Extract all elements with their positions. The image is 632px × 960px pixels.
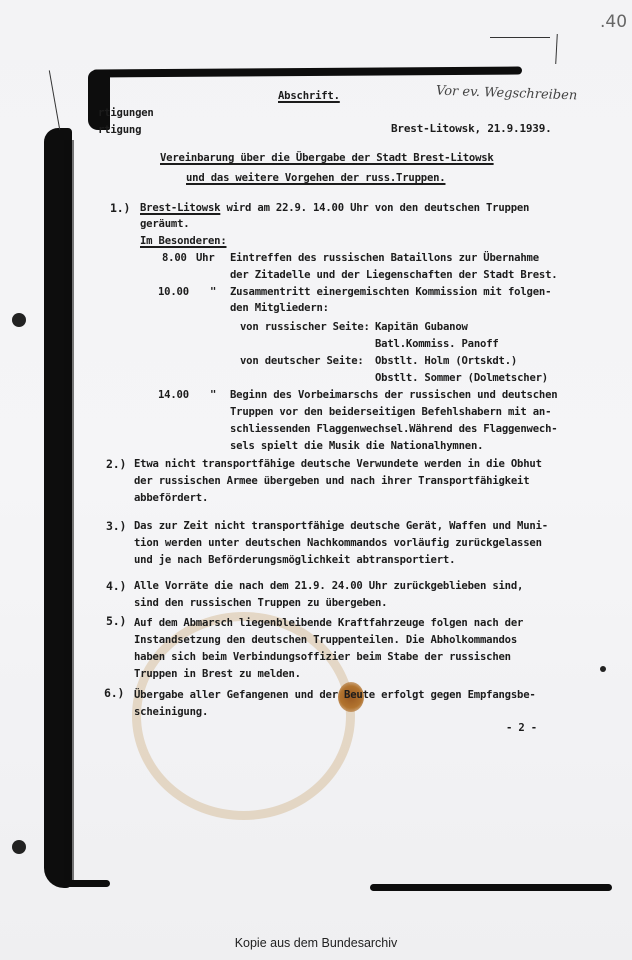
scan-border-top [92, 66, 522, 77]
handwritten-annotation: Vor ev. Wegschreiben [436, 84, 578, 104]
schedule-time: 8.00 [162, 252, 187, 265]
schedule-unit: " [210, 286, 216, 299]
item-text: Alle Vorräte die nach dem 21.9. 24.00 Uh… [134, 580, 523, 593]
item-text: haben sich beim Verbindungsoffizier beim… [134, 651, 511, 664]
scan-border-bottom [370, 884, 612, 891]
commission-member: Batl.Kommiss. Panoff [375, 338, 499, 351]
item-text: Instandsetzung den deutschen Truppenteil… [134, 634, 517, 647]
ink-spot [600, 666, 606, 672]
schedule-text: schliessenden Flaggenwechsel.Während des… [230, 423, 557, 436]
document-page: .40 Vor ev. Wegschreiben Abschrift. rtig… [0, 0, 632, 960]
page-marker: - 2 - [506, 722, 537, 735]
commission-member: Kapitän Gubanow [375, 321, 468, 334]
pencil-line-top [490, 37, 550, 38]
schedule-unit: Uhr [196, 252, 215, 265]
item-text: und je nach Beförderungsmöglichkeit abtr… [134, 554, 455, 567]
schedule-text: Truppen vor den beiderseitigen Befehlsha… [230, 406, 551, 419]
item-text: Etwa nicht transportfähige deutsche Verw… [134, 458, 542, 471]
scan-border-top-left [88, 70, 110, 130]
commission-member: Obstlt. Sommer (Dolmetscher) [375, 372, 548, 385]
item-text: Übergabe aller Gefangenen und der Beute … [134, 689, 536, 702]
item-number: 3.) [106, 520, 126, 533]
city-name: Brest-Litowsk [140, 202, 220, 214]
item-text: sind den russischen Truppen zu übergeben… [134, 597, 387, 610]
pencil-line-left [49, 70, 60, 129]
item-number: 1.) [110, 202, 130, 215]
schedule-text: Eintreffen des russischen Bataillons zur… [230, 252, 539, 265]
commission-member: Obstlt. Holm (Ortskdt.) [375, 355, 517, 368]
schedule-text: den Mitgliedern: [230, 302, 329, 315]
schedule-time: 14.00 [158, 389, 189, 402]
subheading: Im Besonderen: [140, 235, 227, 248]
scan-border-left-inner [64, 140, 74, 880]
schedule-text: sels spielt die Musik die Nationalhymnen… [230, 440, 483, 453]
schedule-text: Zusammentritt einergemischten Kommission… [230, 286, 551, 299]
item-number: 5.) [106, 615, 126, 628]
item-number: 6.) [104, 687, 124, 700]
document-title: Abschrift. [278, 90, 340, 103]
margin-fragment: rtigung [98, 124, 141, 137]
schedule-text: der Zitadelle und der Liegenschaften der… [230, 269, 557, 282]
item-text: abbefördert. [134, 492, 208, 505]
commission-side: von deutscher Seite: [240, 355, 364, 368]
item-text: scheinigung. [134, 706, 208, 719]
margin-fragment: rtigungen [98, 107, 154, 120]
scan-border-bottom-left [64, 880, 110, 887]
item-text: Brest-Litowsk wird am 22.9. 14.00 Uhr vo… [140, 202, 529, 215]
punch-hole-mark [12, 840, 26, 854]
place-date: Brest-Litowsk, 21.9.1939. [391, 122, 552, 135]
item-number: 4.) [106, 580, 126, 593]
item-text: Truppen in Brest zu melden. [134, 668, 301, 681]
pencil-line-right [555, 34, 558, 64]
subject-line: und das weitere Vorgehen der russ.Truppe… [186, 172, 445, 185]
schedule-text: Beginn des Vorbeimarschs der russischen … [230, 389, 557, 402]
subject-line: Vereinbarung über die Übergabe der Stadt… [160, 152, 494, 165]
punch-hole-mark [12, 313, 26, 327]
item-text: Das zur Zeit nicht transportfähige deuts… [134, 520, 548, 533]
item-text: Auf dem Abmarsch liegenbleibende Kraftfa… [134, 617, 523, 630]
schedule-unit: " [210, 389, 216, 402]
schedule-time: 10.00 [158, 286, 189, 299]
archive-credit: Kopie aus dem Bundesarchiv [0, 936, 632, 950]
commission-side: von russischer Seite: [240, 321, 370, 334]
item-text: der russischen Armee übergeben und nach … [134, 475, 529, 488]
item-text: geräumt. [140, 218, 189, 231]
item-text: tion werden unter deutschen Nachkommando… [134, 537, 542, 550]
item-number: 2.) [106, 458, 126, 471]
archive-page-number: .40 [600, 12, 627, 32]
